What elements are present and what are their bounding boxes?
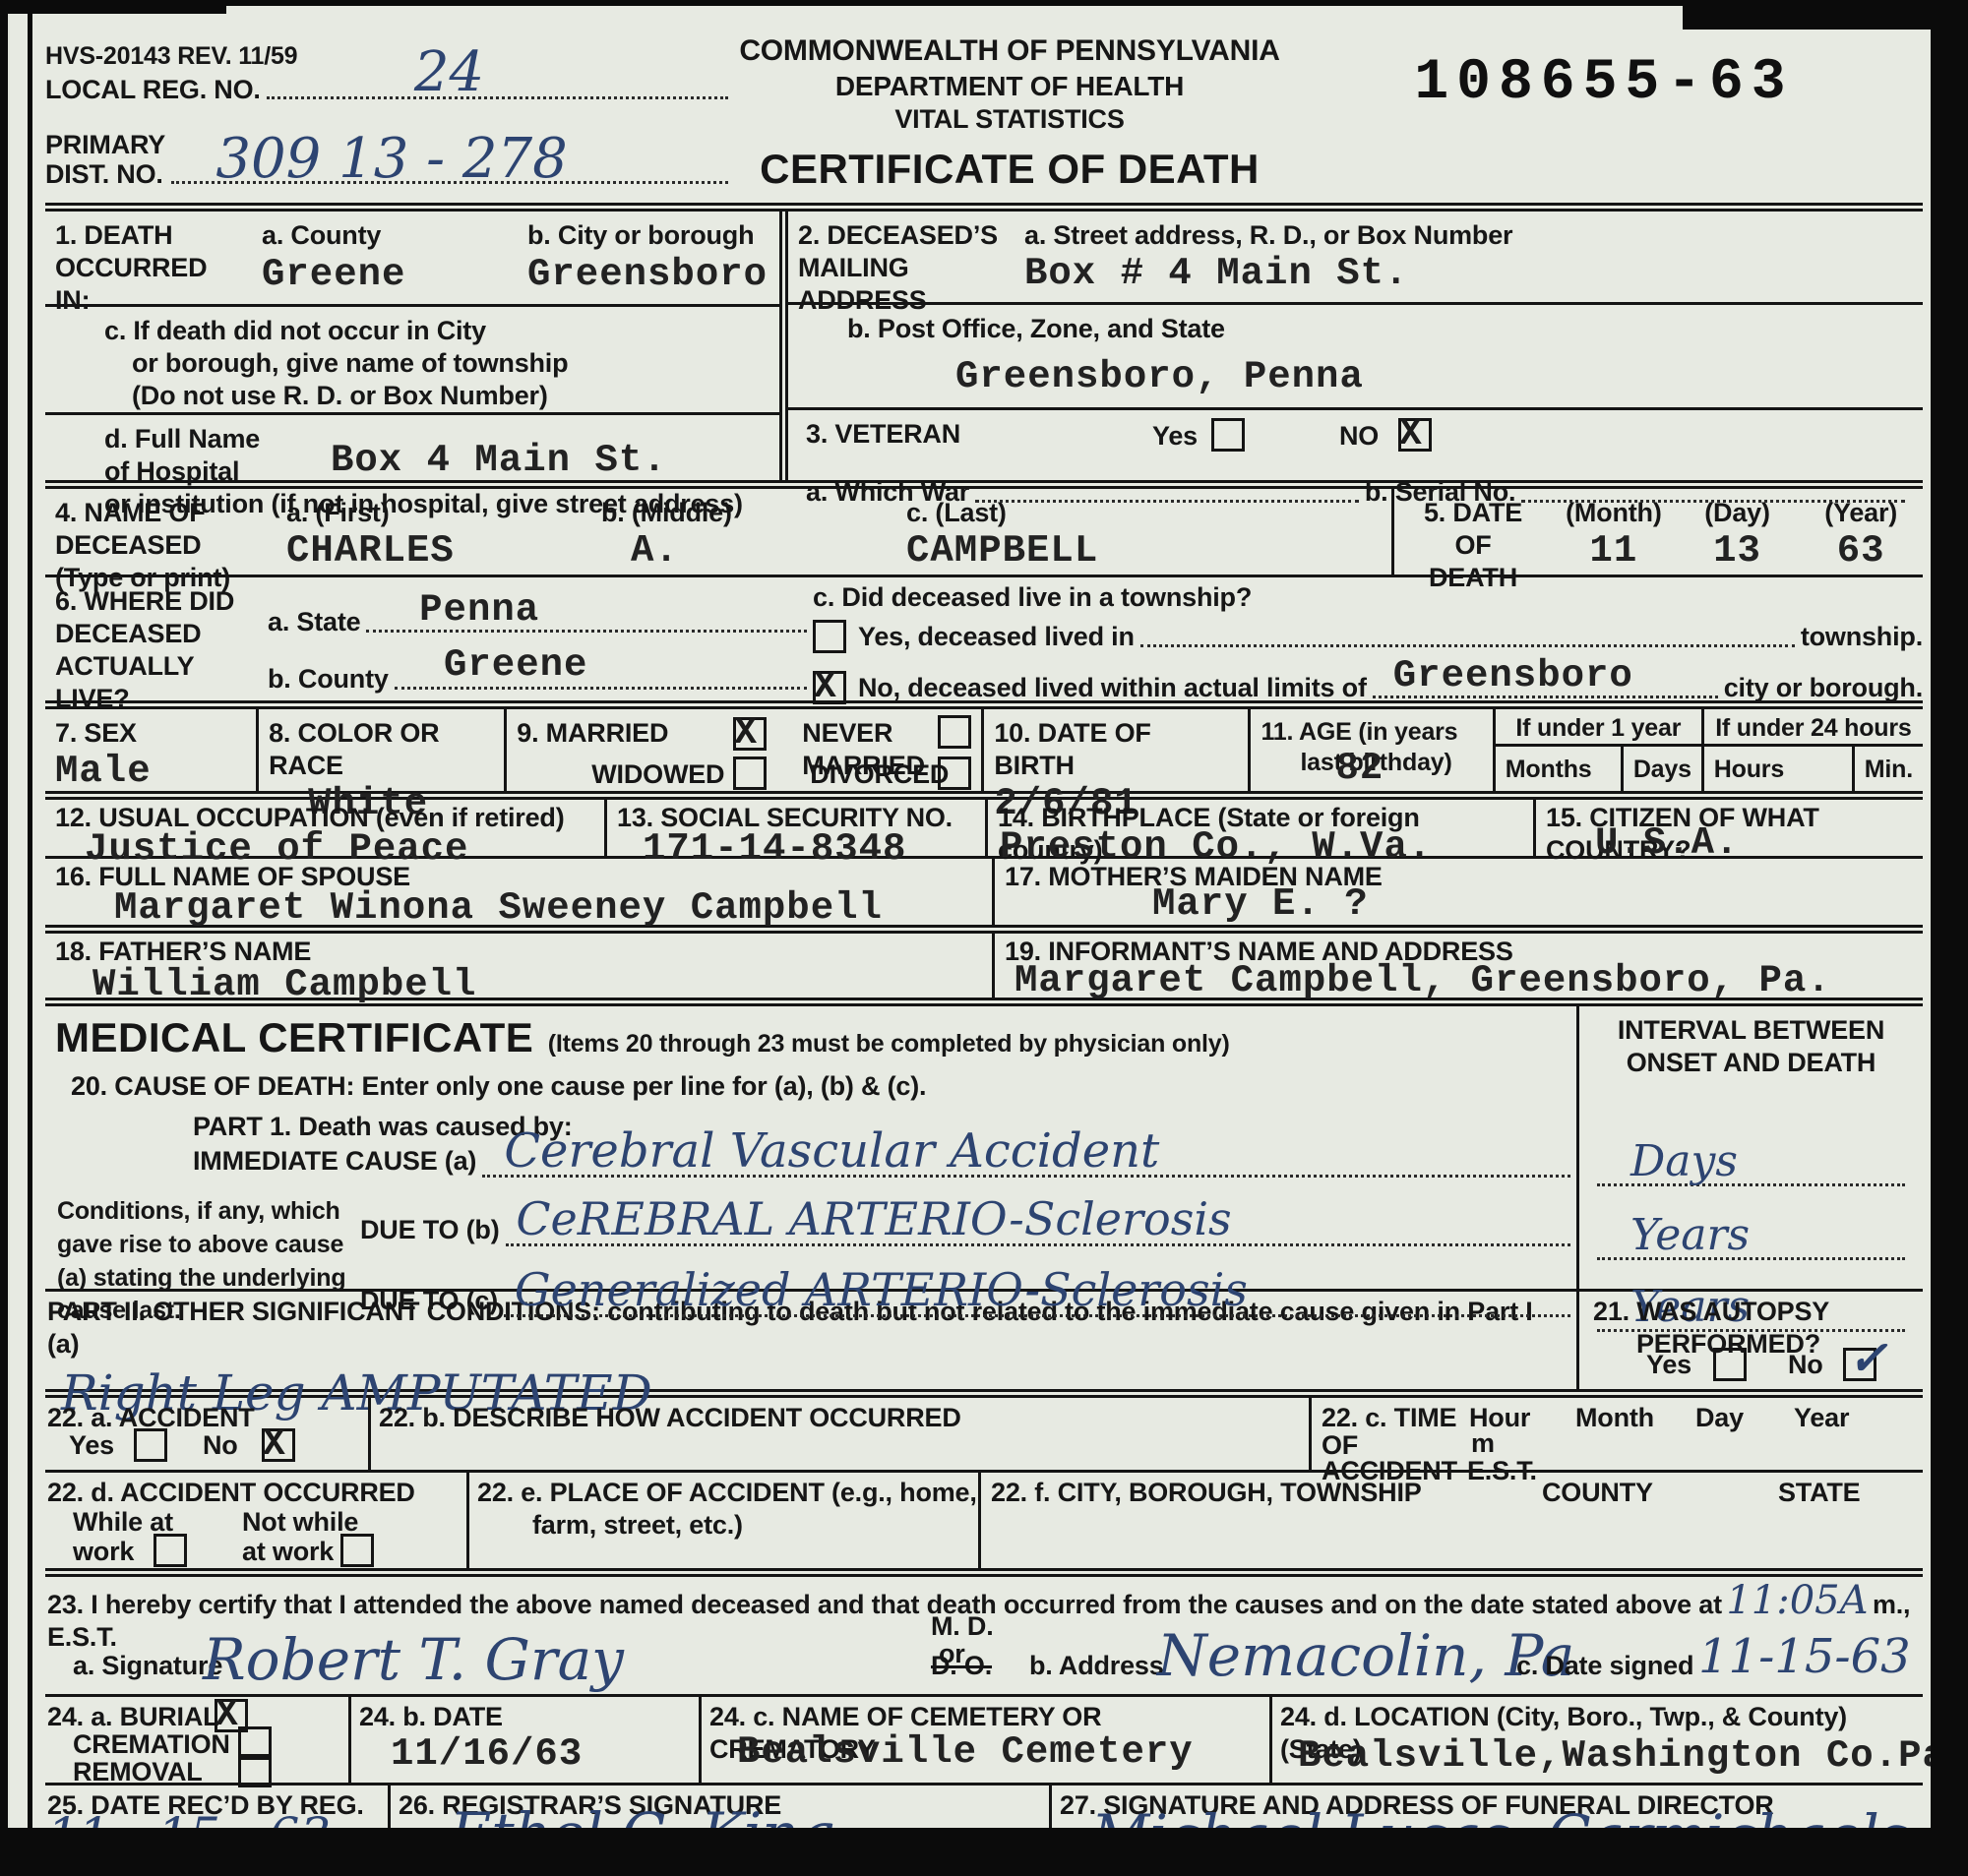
item19-value: Margaret Campbell, Greensboro, Pa.: [1015, 959, 1831, 1002]
item1-label: 1. DEATHOCCURREDIN:: [55, 219, 242, 317]
item22c-month: Month: [1575, 1402, 1654, 1434]
item6b-line: Greene: [395, 687, 807, 690]
medical-certificate-block: MEDICAL CERTIFICATE (Items 20 through 23…: [45, 998, 1923, 1289]
item11-under24-label: If under 24 hours: [1704, 709, 1923, 744]
item6c-yes-text: Yes, deceased lived in: [858, 621, 1135, 653]
item22d-while-checkbox: [154, 1534, 187, 1567]
item3b-label: b. Serial No.: [1365, 476, 1515, 509]
item9-widowed-label: WIDOWED: [591, 758, 724, 791]
item1c-label: c. If death did not occur in City or bor…: [104, 315, 769, 412]
item2b-value: Greensboro, Penna: [955, 355, 1913, 398]
org-line-2: DEPARTMENT OF HEALTH: [734, 70, 1285, 103]
interval-a-value: Days: [1597, 1140, 1905, 1186]
item20-label: 20. CAUSE OF DEATH: Enter only one cause…: [71, 1071, 926, 1101]
row-spouse: 16. FULL NAME OF SPOUSE Margaret Winona …: [45, 856, 1923, 925]
item23-date-label: c. Date signed: [1516, 1650, 1693, 1682]
cause-b-line: CeREBRAL ARTERIO-Sclerosis: [506, 1243, 1571, 1246]
item9-divorced-label: DIVORCED: [810, 758, 949, 791]
item6c-no-line: Greensboro: [1373, 696, 1718, 698]
interval-header: INTERVAL BETWEENONSET AND DEATH: [1579, 1006, 1923, 1079]
item1b-value: Greensboro: [527, 253, 769, 296]
due-to-c-label: DUE TO (c): [360, 1285, 498, 1317]
item23-do: D. O.: [931, 1650, 992, 1682]
page-title: CERTIFICATE OF DEATH: [734, 146, 1285, 193]
medical-subtitle: (Items 20 through 23 must be completed b…: [538, 1030, 1230, 1058]
item11-days-label: Days: [1621, 747, 1701, 793]
row-where-lived: 6. WHERE DIDDECEASEDACTUALLYLIVE? a. Sta…: [45, 575, 1923, 700]
item4b-value: A.: [601, 529, 887, 573]
scan-corner-black: [1683, 0, 1968, 30]
item5-month-value: 11: [1562, 529, 1666, 573]
item23-date-value: 11-15-63: [1698, 1633, 1911, 1680]
form-code: HVS-20143 REV. 11/59: [45, 41, 734, 72]
item22d-not-checkbox: [340, 1534, 374, 1567]
item9-married-label: 9. MARRIED: [517, 718, 668, 748]
item22d-not-2: at work: [242, 1536, 334, 1568]
item8-label: 8. COLOR OR RACE: [269, 717, 494, 782]
item24b-label: 24. b. DATE: [359, 1701, 503, 1733]
item1d-value: Box 4 Main St.: [331, 439, 667, 482]
item6a-line: Penna: [366, 630, 807, 633]
row-registrar: 25. DATE REC’D BY REG. 11 - 15 - 63 26. …: [45, 1783, 1923, 1828]
row-certification: 23. I hereby certify that I attended the…: [45, 1568, 1923, 1694]
org-line-3: VITAL STATISTICS: [734, 103, 1285, 136]
item9-never-checkbox: [938, 715, 971, 749]
medical-title: MEDICAL CERTIFICATE: [55, 1014, 533, 1060]
item23-address-label: b. Address: [1029, 1650, 1164, 1682]
item1b-label: b. City or borough: [527, 219, 769, 252]
item3a-label: a. Which War: [806, 476, 969, 509]
physician-signature: Robert T. Gray: [203, 1631, 624, 1688]
item22a-yes-label: Yes: [69, 1429, 114, 1462]
cause-b-value: CeREBRAL ARTERIO-Sclerosis: [516, 1196, 1231, 1241]
registrar-signature: Ethel G. King.: [450, 1805, 853, 1828]
item6c-no-text: No, deceased lived within actual limits …: [858, 672, 1367, 704]
due-to-b-label: DUE TO (b): [360, 1214, 500, 1246]
item23-certify-text: 23. I hereby certify that I attended the…: [47, 1590, 1722, 1619]
item4c-value: CAMPBELL: [906, 529, 1382, 573]
item18-label: 18. FATHER’S NAME: [55, 937, 311, 966]
primary-dist-value: 309 13 - 278: [215, 132, 567, 187]
item1a-label: a. County: [262, 219, 508, 252]
row-death-occurred: 1. DEATHOCCURREDIN: a. County Greene b. …: [45, 203, 1923, 480]
item6c-no-value: Greensboro: [1393, 654, 1633, 697]
item16-value: Margaret Winona Sweeney Campbell: [114, 886, 883, 930]
cause-c-line: Generalized ARTERIO-Sclerosis: [504, 1314, 1570, 1317]
item22d-while-2: work: [73, 1536, 134, 1568]
item2a-value: Box # 4 Main St.: [1024, 252, 1913, 295]
item22b-label: 22. b. DESCRIBE HOW ACCIDENT OCCURRED: [371, 1398, 961, 1434]
local-reg-label: LOCAL REG. NO.: [45, 74, 261, 106]
row-father: 18. FATHER’S NAME William Campbell 19. I…: [45, 925, 1923, 998]
item25-value: 11 - 15 - 63: [47, 1811, 331, 1828]
item22c-day: Day: [1695, 1402, 1744, 1434]
certificate-number-stamp: 108655-63: [1414, 51, 1793, 115]
funeral-director-signature: Michael Lucas, Carmichaels Pa.: [1091, 1807, 1931, 1828]
item7-value: Male: [55, 750, 246, 793]
item22a-yes-checkbox: [134, 1428, 167, 1462]
item21-yes-checkbox: [1713, 1348, 1747, 1381]
row-accident-place: 22. d. ACCIDENT OCCURRED While at work N…: [45, 1470, 1923, 1568]
item6c-no-checkbox: X: [813, 671, 846, 704]
item22f-label: 22. f. CITY, BOROUGH, TOWNSHIP: [991, 1477, 1422, 1509]
item7-label: 7. SEX: [55, 717, 246, 750]
cause-a-line: Cerebral Vascular Accident: [482, 1175, 1570, 1178]
item6c-township: township.: [1801, 621, 1923, 653]
item3-no-label: NO: [1339, 420, 1379, 453]
item22d-label: 22. d. ACCIDENT OCCURRED: [45, 1473, 415, 1509]
item24-removal-checkbox: [238, 1754, 272, 1787]
row-accident: 22. a. ACCIDENT Yes No X 22. b. DESCRIBE…: [45, 1389, 1923, 1470]
scan-edge-line: [28, 6, 32, 1828]
item22f-state: STATE: [1778, 1477, 1861, 1509]
local-reg-value: 24: [414, 45, 484, 100]
cause-a-value: Cerebral Vascular Accident: [504, 1127, 1159, 1175]
item24c-value: Bealsville Cemetery: [737, 1730, 1194, 1774]
item3-yes-label: Yes: [1152, 420, 1198, 453]
interval-b-value: Years: [1597, 1214, 1905, 1260]
item3-no-checkbox: X: [1398, 418, 1432, 452]
item11-value: 82: [1335, 747, 1384, 790]
local-reg-line: 24: [267, 96, 728, 99]
item3a-line: [975, 500, 1359, 503]
item6-label: 6. WHERE DIDDECEASEDACTUALLYLIVE?: [55, 586, 234, 713]
item2-label: 2. DECEASED’SMAILINGADDRESS: [798, 219, 1005, 317]
item6b-value: Greene: [444, 643, 587, 687]
item22a-no-label: No: [203, 1429, 238, 1462]
item6a-value: Penna: [419, 588, 539, 632]
item21-yes-label: Yes: [1646, 1349, 1691, 1381]
item5-year-value: 63: [1809, 529, 1913, 573]
scanned-certificate: HVS-20143 REV. 11/59 LOCAL REG. NO. 24 P…: [8, 6, 1931, 1828]
item24-removal-label: REMOVAL: [73, 1756, 203, 1788]
item6c-yes-checkbox: [813, 620, 846, 653]
item23-time-value: 11:05A: [1726, 1578, 1868, 1623]
item23-signature-label: a. Signature: [73, 1650, 222, 1682]
certificate-header: HVS-20143 REV. 11/59 LOCAL REG. NO. 24 P…: [45, 14, 1923, 203]
item3-label: 3. VETERAN: [806, 419, 960, 449]
item21-no-checkbox: ✓: [1843, 1348, 1876, 1381]
cause-c-value: Generalized ARTERIO-Sclerosis: [515, 1267, 1248, 1312]
immediate-cause-label: IMMEDIATE CAUSE (a): [193, 1145, 476, 1178]
item2a-label: a. Street address, R. D., or Box Number: [1024, 219, 1913, 252]
primary-dist-label: PRIMARY DIST. NO.: [45, 131, 165, 189]
item11-min-label: Min.: [1852, 747, 1923, 793]
item9-married-checkbox: X: [733, 717, 767, 751]
item17-value: Mary E. ?: [1152, 882, 1369, 926]
item22f-county: COUNTY: [1542, 1477, 1653, 1509]
row-burial: 24. a. BURIAL X CREMATION REMOVAL 24. b.…: [45, 1694, 1923, 1783]
item10-label: 10. DATE OF BIRTH: [994, 717, 1238, 782]
item1a-value: Greene: [262, 253, 508, 296]
item3-yes-checkbox: [1211, 418, 1245, 452]
conditions-note: Conditions, if any, which gave rise to a…: [45, 1183, 360, 1328]
item9-divorced-checkbox: [938, 756, 971, 790]
item18-value: William Campbell: [92, 963, 476, 1006]
item24b-value: 11/16/63: [391, 1732, 583, 1776]
item6a-label: a. State: [262, 606, 360, 638]
item22a-no-checkbox: X: [262, 1428, 295, 1462]
row-personal-stats: 7. SEX Male 8. COLOR OR RACE White 9. MA…: [45, 700, 1923, 791]
row-occupation: 12. USUAL OCCUPATION (even if retired) J…: [45, 791, 1923, 856]
item6b-label: b. County: [262, 663, 389, 696]
item22e-label: 22. e. PLACE OF ACCIDENT (e.g., home, fa…: [469, 1473, 978, 1542]
item6c-city-text: city or borough.: [1724, 672, 1923, 704]
item6c-yes-line: [1140, 644, 1795, 647]
item11-under1-label: If under 1 year: [1496, 709, 1701, 744]
item4a-value: CHARLES: [286, 529, 582, 573]
physician-address: Nemacolin, Pa: [1157, 1627, 1574, 1684]
item3b-line: [1521, 500, 1905, 503]
item22c-year: Year: [1794, 1402, 1849, 1434]
item9-widowed-checkbox: [733, 756, 767, 790]
item11-months-label: Months: [1496, 747, 1621, 793]
item21-no-label: No: [1788, 1349, 1823, 1381]
item6c-label: c. Did deceased live in a township?: [813, 581, 1923, 614]
item24d-value: Bealsville,Washington Co.Pa: [1298, 1734, 1931, 1778]
item5-day-value: 13: [1686, 529, 1790, 573]
primary-dist-line: 309 13 - 278: [171, 181, 728, 184]
scan-top-smudge: [0, 0, 226, 14]
item2b-label: b. Post Office, Zone, and State: [847, 314, 1225, 343]
item11-hours-label: Hours: [1704, 747, 1852, 793]
org-line-1: COMMONWEALTH OF PENNSYLVANIA: [734, 33, 1285, 70]
